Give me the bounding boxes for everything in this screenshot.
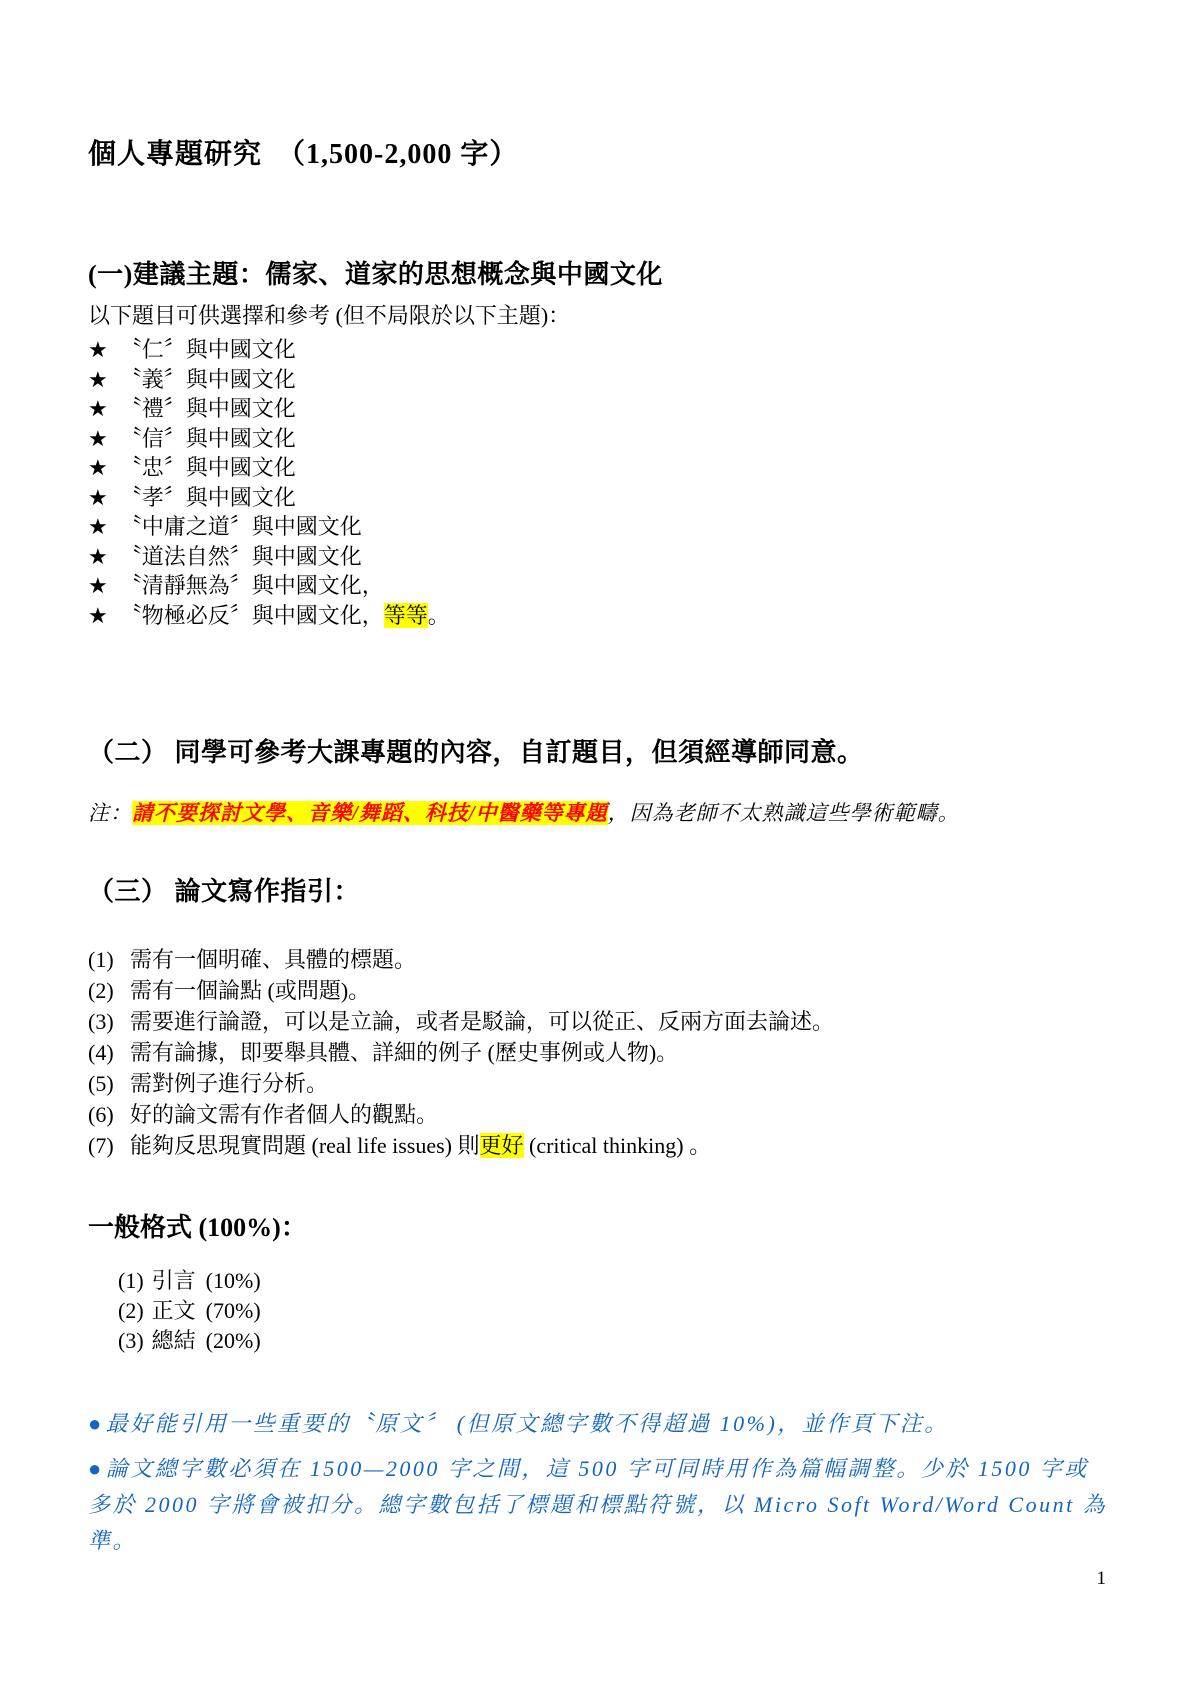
- blue-note-item: ●論文總字數必須在 1500—2000 字之間，這 500 字可同時用作為篇幅調…: [88, 1451, 1112, 1559]
- highlighted-warning-text: 請不要探討文學、音樂/舞蹈、科技/中醫藥等專題: [132, 801, 608, 825]
- topic-text: 〝物極必反〞與中國文化，: [120, 603, 384, 628]
- circle-bullet-icon: ●: [88, 1456, 104, 1481]
- topic-item: ★〝中庸之道〞與中國文化: [88, 512, 1112, 542]
- guideline-item: (3)需要進行論證，可以是立論，或者是駁論，可以從正、反兩方面去論述。: [88, 1006, 1112, 1037]
- guideline-number: (6): [88, 1099, 122, 1130]
- topic-item: ★〝信〞與中國文化: [88, 424, 1112, 454]
- topic-text: 〝道法自然〞與中國文化: [120, 544, 362, 569]
- topic-text: 〝信〞與中國文化: [120, 426, 296, 451]
- format-heading: 一般格式 (100%)：: [88, 1207, 1112, 1244]
- star-icon: ★: [88, 394, 108, 424]
- format-number: (2): [118, 1298, 144, 1323]
- star-icon: ★: [88, 601, 108, 631]
- topic-item: ★〝孝〞與中國文化: [88, 483, 1112, 513]
- star-icon: ★: [88, 571, 108, 601]
- guideline-item: (1)需有一個明確、具體的標題。: [88, 944, 1112, 975]
- topic-text: 〝仁〞與中國文化: [120, 337, 296, 362]
- guideline-text: 需要進行論證，可以是立論，或者是駁論，可以從正、反兩方面去論述。: [130, 1009, 834, 1034]
- star-icon: ★: [88, 512, 108, 542]
- topic-item: ★〝物極必反〞與中國文化，等等。: [88, 601, 1112, 631]
- document-content: 個人專題研究 （1,500-2,000 字） (一)建議主題：儒家、道家的思想概…: [0, 0, 1200, 1559]
- section-two-note: 注：請不要探討文學、音樂/舞蹈、科技/中醫藥等專題，因為老師不太熟識這些學術範疇…: [88, 797, 1112, 827]
- guideline-text: 需有一個論點 (或問題)。: [130, 978, 370, 1003]
- star-icon: ★: [88, 453, 108, 483]
- guideline-number: (5): [88, 1068, 122, 1099]
- topic-text: 〝中庸之道〞與中國文化: [120, 514, 362, 539]
- section-one-heading: (一)建議主題：儒家、道家的思想概念與中國文化: [88, 254, 1112, 291]
- format-number: (3): [118, 1328, 144, 1353]
- guideline-number: (7): [88, 1130, 122, 1161]
- format-label: 總結: [152, 1328, 196, 1353]
- topic-item: ★〝仁〞與中國文化: [88, 335, 1112, 365]
- topic-text-post: 。: [428, 603, 450, 628]
- blue-notes: ●最好能引用一些重要的〝原文〞 (但原文總字數不得超過 10%)，並作頁下注。 …: [88, 1406, 1112, 1559]
- topic-text: 〝禮〞與中國文化: [120, 396, 296, 421]
- guideline-text: 需有論據，即要舉具體、詳細的例子 (歷史事例或人物)。: [130, 1040, 678, 1065]
- format-item: (1)引言(10%): [118, 1266, 1112, 1296]
- guideline-text: 好的論文需有作者個人的觀點。: [130, 1102, 438, 1127]
- highlighted-text: 更好: [480, 1133, 524, 1158]
- circle-bullet-icon: ●: [88, 1411, 104, 1436]
- format-label: 引言: [152, 1268, 196, 1293]
- star-icon: ★: [88, 483, 108, 513]
- format-percent: (70%): [206, 1298, 261, 1323]
- star-icon: ★: [88, 335, 108, 365]
- guideline-text: 需對例子進行分析。: [130, 1071, 328, 1096]
- document-title: 個人專題研究 （1,500-2,000 字）: [88, 132, 1112, 172]
- guideline-number: (1): [88, 944, 122, 975]
- guideline-item: (7)能夠反思現實問題 (real life issues) 則更好 (crit…: [88, 1130, 1112, 1161]
- format-label: 正文: [152, 1298, 196, 1323]
- topic-item: ★〝清靜無為〞與中國文化，: [88, 571, 1112, 601]
- star-icon: ★: [88, 542, 108, 572]
- format-list: (1)引言(10%) (2)正文(70%) (3)總結(20%): [118, 1266, 1112, 1356]
- section-one-intro: 以下題目可供選擇和參考 (但不局限於以下主題)：: [88, 299, 1112, 330]
- topic-item: ★〝禮〞與中國文化: [88, 394, 1112, 424]
- topic-item: ★〝道法自然〞與中國文化: [88, 542, 1112, 572]
- format-percent: (10%): [206, 1268, 261, 1293]
- star-icon: ★: [88, 365, 108, 395]
- topic-text: 〝忠〞與中國文化: [120, 455, 296, 480]
- guideline-item: (4)需有論據，即要舉具體、詳細的例子 (歷史事例或人物)。: [88, 1037, 1112, 1068]
- format-number: (1): [118, 1268, 144, 1293]
- guideline-number: (4): [88, 1037, 122, 1068]
- section-three-heading: （三） 論文寫作指引：: [88, 871, 1112, 908]
- topic-text: 〝義〞與中國文化: [120, 367, 296, 392]
- blue-note-text: 最好能引用一些重要的〝原文〞 (但原文總字數不得超過 10%)，並作頁下注。: [106, 1411, 949, 1436]
- guideline-item: (2)需有一個論點 (或問題)。: [88, 975, 1112, 1006]
- note-prefix: 注：: [88, 801, 132, 825]
- format-percent: (20%): [206, 1328, 261, 1353]
- star-icon: ★: [88, 424, 108, 454]
- document-page: 個人專題研究 （1,500-2,000 字） (一)建議主題：儒家、道家的思想概…: [0, 0, 1200, 1696]
- guideline-number: (3): [88, 1006, 122, 1037]
- guidelines-list: (1)需有一個明確、具體的標題。 (2)需有一個論點 (或問題)。 (3)需要進…: [88, 944, 1112, 1161]
- blue-note-text: 論文總字數必須在 1500—2000 字之間，這 500 字可同時用作為篇幅調整…: [88, 1456, 1107, 1553]
- topic-text: 〝清靜無為〞與中國文化，: [120, 573, 384, 598]
- guideline-item: (6)好的論文需有作者個人的觀點。: [88, 1099, 1112, 1130]
- guideline-text: 能夠反思現實問題 (real life issues) 則: [130, 1133, 480, 1158]
- note-suffix: ，因為老師不太熟識這些學術範疇。: [608, 801, 960, 825]
- guideline-text-post: (critical thinking) 。: [524, 1133, 712, 1158]
- guideline-item: (5)需對例子進行分析。: [88, 1068, 1112, 1099]
- guideline-number: (2): [88, 975, 122, 1006]
- format-item: (3)總結(20%): [118, 1326, 1112, 1356]
- topic-item: ★〝忠〞與中國文化: [88, 453, 1112, 483]
- page-number: 1: [1097, 1568, 1107, 1590]
- guideline-text: 需有一個明確、具體的標題。: [130, 947, 416, 972]
- blue-note-item: ●最好能引用一些重要的〝原文〞 (但原文總字數不得超過 10%)，並作頁下注。: [88, 1406, 1112, 1442]
- highlighted-text: 等等: [384, 603, 428, 628]
- format-item: (2)正文(70%): [118, 1296, 1112, 1326]
- topic-text: 〝孝〞與中國文化: [120, 485, 296, 510]
- section-two-heading: （二） 同學可參考大課專題的內容，自訂題目，但須經導師同意。: [88, 732, 1112, 769]
- topic-item: ★〝義〞與中國文化: [88, 365, 1112, 395]
